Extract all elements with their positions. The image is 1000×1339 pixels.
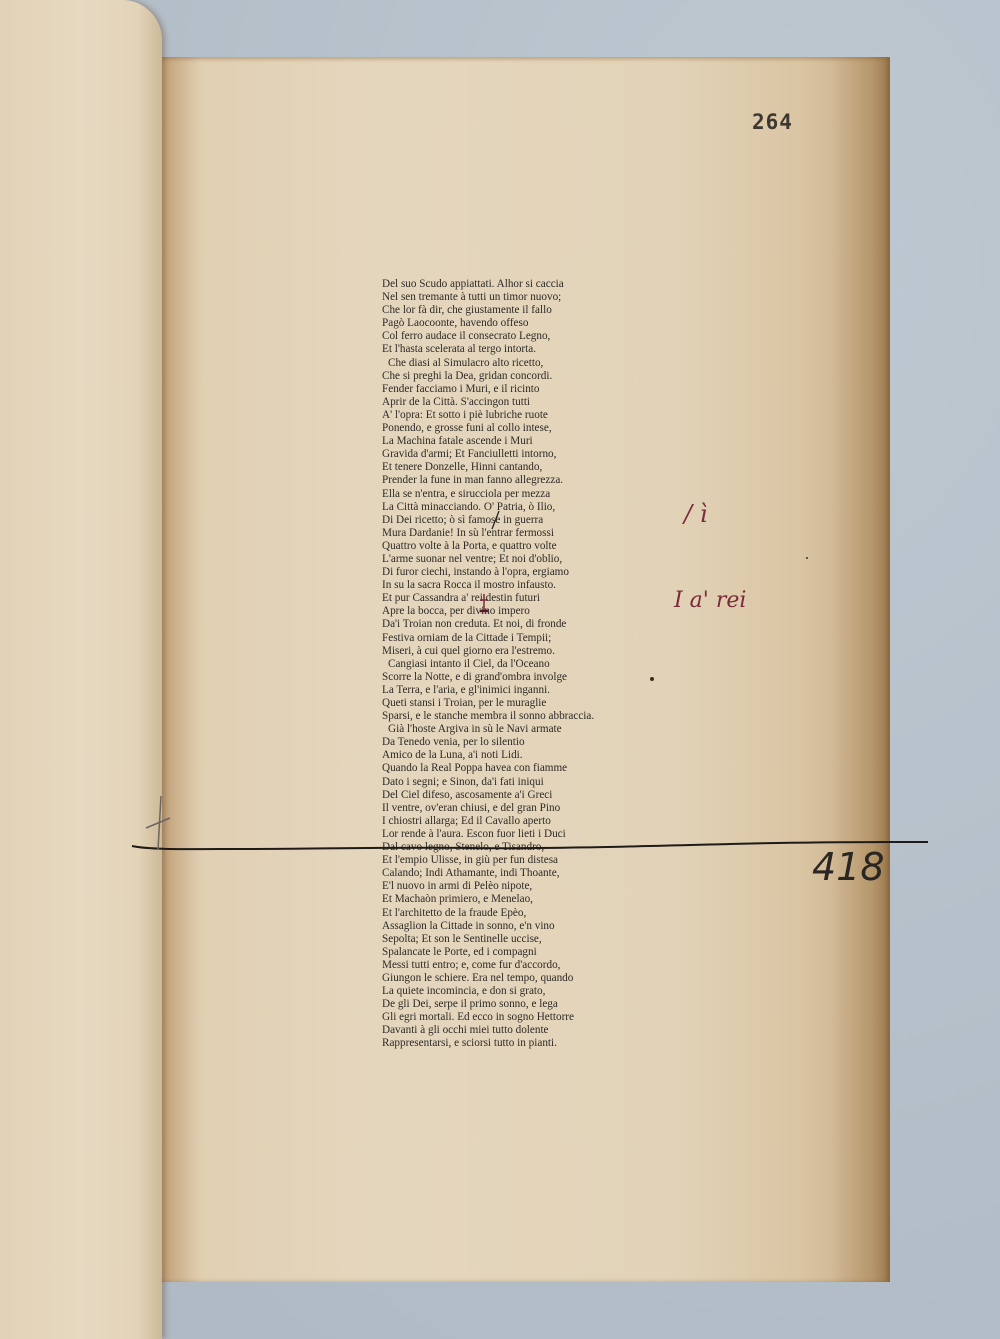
poem-line: Sepolta; Et son le Sentinelle uccise, [382, 933, 652, 946]
poem-line: Di furor ciechi, instando à l'opra, ergi… [382, 566, 652, 579]
poem-line: Giungon le schiere. Era nel tempo, quand… [382, 972, 652, 985]
poem-line: Scorre la Notte, e di grand'ombra involg… [382, 671, 652, 684]
poem-line: Amico de la Luna, a'i noti Lidi. [382, 749, 652, 762]
poem-line: Che diasi al Simulacro alto ricetto, [382, 357, 652, 370]
poem-line: Pagò Laocoonte, havendo offeso [382, 317, 652, 330]
poem-line: Mura Dardanie! In sù l'entrar fermossi [382, 527, 652, 540]
poem-line: Del Ciel difeso, ascosamente a'i Greci [382, 789, 652, 802]
poem-line: Et Machaòn primiero, e Menelao, [382, 893, 652, 906]
poem-line: Apre la bocca, per divino impero [382, 605, 652, 618]
poem-line: Queti stansi i Troian, per le muraglie [382, 697, 652, 710]
poem-line: Col ferro audace il consecrato Legno, [382, 330, 652, 343]
poem-line: E'l nuovo in armi di Pelèo nipote, [382, 880, 652, 893]
pencil-cross-mark-icon [130, 790, 200, 860]
deletion-slash-mark-icon [489, 510, 501, 530]
poem-line: Prender la fune in man fanno allegrezza. [382, 474, 652, 487]
insertion-caret-mark-icon [474, 592, 494, 616]
poem-line: Festiva orniam de la Cittade i Tempii; [382, 632, 652, 645]
ink-speck [806, 557, 808, 559]
poem-line: Il ventre, ov'eran chiusi, e del gran Pi… [382, 802, 652, 815]
ink-speck [650, 677, 654, 681]
poem-line: Aprir de la Città. S'accingon tutti [382, 396, 652, 409]
poem-line: L'arme suonar nel ventre; Et noi d'oblio… [382, 553, 652, 566]
poem-line: Sparsi, e le stanche membra il sonno abb… [382, 710, 652, 723]
poem-line: Calando; Indi Athamante, indi Thoante, [382, 867, 652, 880]
pencil-divider-line [130, 830, 930, 860]
poem-line: Di Dei ricetto; ò sì famose in guerra [382, 514, 652, 527]
poem-line: Quando la Real Poppa havea con fiamme [382, 762, 652, 775]
poem-line: A' l'opra: Et sotto i piè lubriche ruote [382, 409, 652, 422]
poem-line: Che lor fà dir, che giustamente il fallo [382, 304, 652, 317]
poem-line: Ella se n'entra, e sirucciola per mezza [382, 488, 652, 501]
poem-line: Miseri, à cui quel giorno era l'estremo. [382, 645, 652, 658]
poem-line: Ponendo, e grosse funi al collo intese, [382, 422, 652, 435]
poem-line: Gli egri mortali. Ed ecco in sogno Hetto… [382, 1011, 652, 1024]
poem-line: La Machina fatale ascende i Muri [382, 435, 652, 448]
poem-line: Già l'hoste Argiva in sù le Navi armate [382, 723, 652, 736]
left-page-leaf [0, 0, 162, 1339]
poem-line: Dato i segni; e Sinon, da'i fati iniqui [382, 776, 652, 789]
poem-line: I chiostri allarga; Ed il Cavallo aperto [382, 815, 652, 828]
poem-line: Da Tenedo venia, per lo silentio [382, 736, 652, 749]
poem-line: Cangiasi intanto il Ciel, da l'Oceano [382, 658, 652, 671]
poem-line: Quattro volte à la Porta, e quattro volt… [382, 540, 652, 553]
poem-text-block: Del suo Scudo appiattati. Alhor si cacci… [382, 278, 652, 1051]
poem-line: Et l'hasta scelerata al tergo intorta. [382, 343, 652, 356]
poem-line: Nel sen tremante à tutti un timor nuovo; [382, 291, 652, 304]
poem-line: Da'i Troian non creduta. Et noi, di fron… [382, 618, 652, 631]
poem-line: Fender facciamo i Muri, e il ricinto [382, 383, 652, 396]
poem-line: Spalancate le Porte, ed i compagni [382, 946, 652, 959]
poem-line: In su la sacra Rocca il mostro infausto. [382, 579, 652, 592]
poem-line: Et pur Cassandra a' rei destin futuri [382, 592, 652, 605]
poem-line: Messi tutti entro; e, come fur d'accordo… [382, 959, 652, 972]
poem-line: La Terra, e l'aria, e gl'inimici inganni… [382, 684, 652, 697]
poem-line: Gravida d'armi; Et Fanciulletti intorno, [382, 448, 652, 461]
poem-line: De gli Dei, serpe il primo sonno, e lega [382, 998, 652, 1011]
poem-line: La Città minacciando. O' Patria, ò Ilio, [382, 501, 652, 514]
poem-line: Che si preghi la Dea, gridan concordi. [382, 370, 652, 383]
margin-correction-note: / ì [684, 500, 707, 528]
gutter-shadow [162, 57, 202, 1282]
poem-line: Assaglion la Cittade in sonno, e'n vino [382, 920, 652, 933]
poem-line: Davanti à gli occhi miei tutto dolente [382, 1024, 652, 1037]
poem-line: Rappresentarsi, e sciorsi tutto in piant… [382, 1037, 652, 1050]
page-number: 264 [752, 110, 793, 134]
page-edge-stain [800, 57, 890, 1282]
poem-line: Et tenere Donzelle, Hinni cantando, [382, 461, 652, 474]
margin-correction-note-cassandra: I a' rei [674, 588, 746, 613]
poem-line: Et l'architetto de la fraude Epèo, [382, 907, 652, 920]
poem-line: Del suo Scudo appiattati. Alhor si cacci… [382, 278, 652, 291]
poem-line: La quiete incomincia, e don si grato, [382, 985, 652, 998]
